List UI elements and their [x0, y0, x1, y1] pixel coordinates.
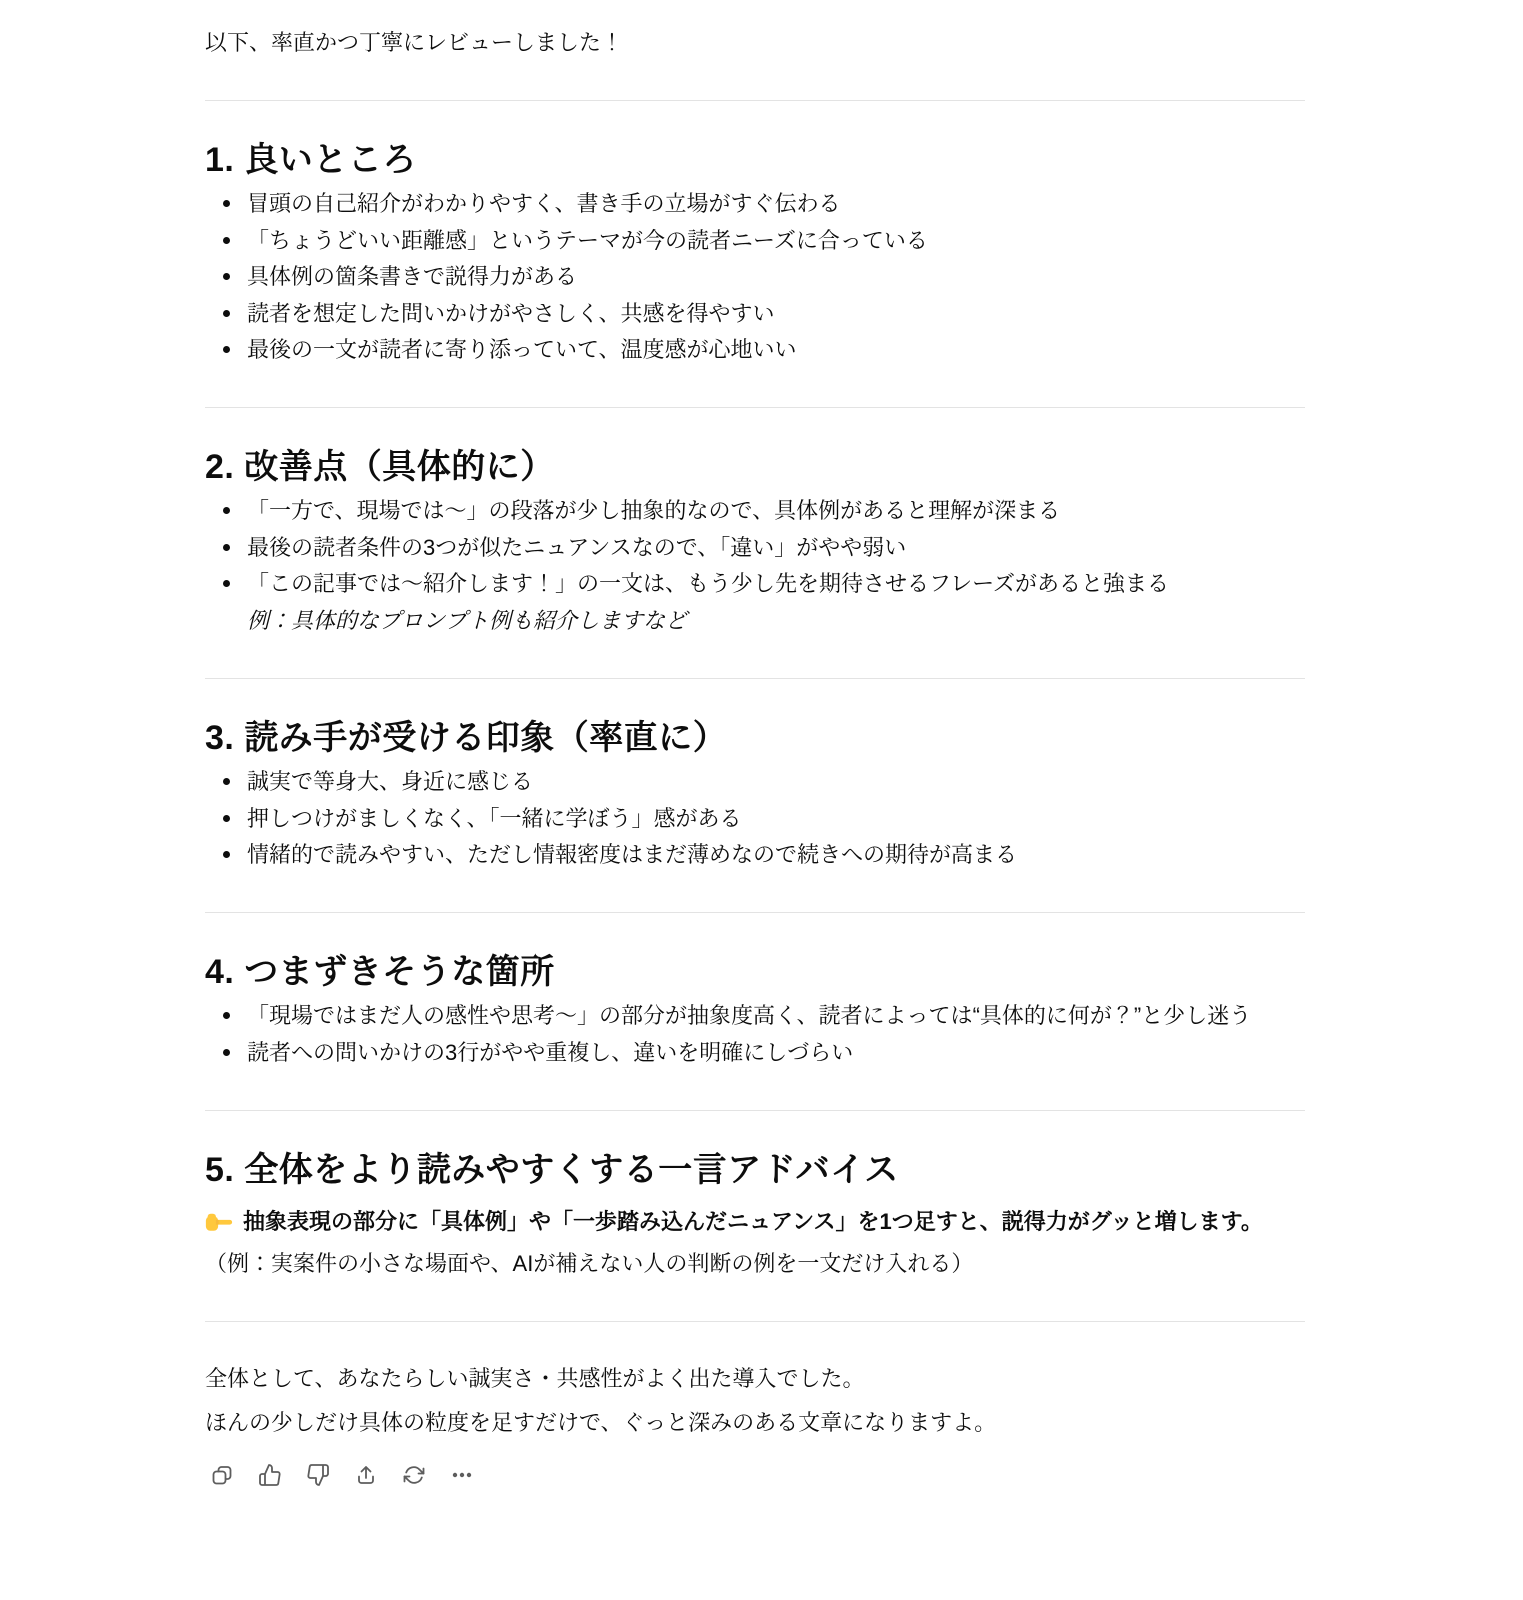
list-item-text: 「この記事では〜紹介します！」の一文は、もう少し先を期待させるフレーズがあると強… — [247, 571, 1169, 596]
closing-line-2: ほんの少しだけ具体の粒度を足すだけで、ぐっと深みのある文章になりますよ。 — [205, 1406, 1305, 1440]
thumbs-down-icon — [306, 1463, 330, 1487]
copy-icon — [210, 1463, 234, 1487]
list-item: 読者を想定した問いかけがやさしく、共感を得やすい — [247, 297, 1305, 331]
intro-text: 以下、率直かつ丁寧にレビューしました！ — [205, 26, 1305, 60]
list-item: 読者への問いかけの3行がやや重複し、違いを明確にしづらい — [247, 1036, 1305, 1070]
section-divider — [205, 912, 1305, 913]
list-item: 誠実で等身大、身近に感じる — [247, 765, 1305, 799]
assistant-message: 以下、率直かつ丁寧にレビューしました！ 1. 良いところ 冒頭の自己紹介がわかり… — [205, 26, 1305, 1492]
list-item: 具体例の箇条書きで説得力がある — [247, 260, 1305, 294]
more-options-button[interactable] — [445, 1458, 479, 1492]
example-note: 例：具体的なプロンプト例も紹介しますなど — [247, 604, 1305, 638]
section-2-list: 「一方で、現場では〜」の段落が少し抽象的なので、具体例があると理解が深まる 最後… — [205, 494, 1305, 638]
advice-example-text: （例：実案件の小さな場面や、AIが補えない人の判断の例を一文だけ入れる） — [205, 1247, 1305, 1281]
regenerate-icon — [402, 1463, 426, 1487]
more-icon — [450, 1463, 474, 1487]
advice-line: 抽象表現の部分に「具体例」や「一歩踏み込んだニュアンス」を1つ足すと、説得力がグ… — [205, 1205, 1305, 1239]
list-item: 「現場ではまだ人の感性や思考〜」の部分が抽象度高く、読者によっては“具体的に何が… — [247, 999, 1305, 1033]
list-item: 最後の読者条件の3つが似たニュアンスなので、「違い」がやや弱い — [247, 531, 1305, 565]
section-5-title: 5. 全体をより読みやすくする一言アドバイス — [205, 1149, 1305, 1191]
closing-line-1: 全体として、あなたらしい誠実さ・共感性がよく出た導入でした。 — [205, 1362, 1305, 1396]
section-divider — [205, 1321, 1305, 1322]
section-1-title: 1. 良いところ — [205, 139, 1305, 181]
section-3-title: 3. 読み手が受ける印象（率直に） — [205, 717, 1305, 759]
list-item: 押しつけがましくなく、「一緒に学ぼう」感がある — [247, 802, 1305, 836]
regenerate-button[interactable] — [397, 1458, 431, 1492]
list-item: 「ちょうどいい距離感」というテーマが今の読者ニーズに合っている — [247, 224, 1305, 258]
section-4-title: 4. つまずきそうな箇所 — [205, 951, 1305, 993]
list-item: 「この記事では〜紹介します！」の一文は、もう少し先を期待させるフレーズがあると強… — [247, 567, 1305, 638]
thumbs-up-button[interactable] — [253, 1458, 287, 1492]
copy-button[interactable] — [205, 1458, 239, 1492]
section-3-list: 誠実で等身大、身近に感じる 押しつけがましくなく、「一緒に学ぼう」感がある 情緒… — [205, 765, 1305, 872]
message-action-bar — [205, 1458, 1305, 1492]
section-divider — [205, 678, 1305, 679]
list-item: 最後の一文が読者に寄り添っていて、温度感が心地いい — [247, 333, 1305, 367]
list-item: 「一方で、現場では〜」の段落が少し抽象的なので、具体例があると理解が深まる — [247, 494, 1305, 528]
thumbs-down-button[interactable] — [301, 1458, 335, 1492]
section-4-list: 「現場ではまだ人の感性や思考〜」の部分が抽象度高く、読者によっては“具体的に何が… — [205, 999, 1305, 1070]
thumbs-up-icon — [258, 1463, 282, 1487]
section-divider — [205, 407, 1305, 408]
section-1-list: 冒頭の自己紹介がわかりやすく、書き手の立場がすぐ伝わる 「ちょうどいい距離感」と… — [205, 187, 1305, 367]
section-divider — [205, 1110, 1305, 1111]
list-item: 情緒的で読みやすい、ただし情報密度はまだ薄めなので続きへの期待が高まる — [247, 838, 1305, 872]
list-item: 冒頭の自己紹介がわかりやすく、書き手の立場がすぐ伝わる — [247, 187, 1305, 221]
share-icon — [354, 1463, 378, 1487]
advice-bold-text: 抽象表現の部分に「具体例」や「一歩踏み込んだニュアンス」を1つ足すと、説得力がグ… — [243, 1205, 1263, 1239]
section-divider — [205, 100, 1305, 101]
section-2-title: 2. 改善点（具体的に） — [205, 446, 1305, 488]
pointing-right-emoji — [205, 1208, 233, 1236]
share-button[interactable] — [349, 1458, 383, 1492]
